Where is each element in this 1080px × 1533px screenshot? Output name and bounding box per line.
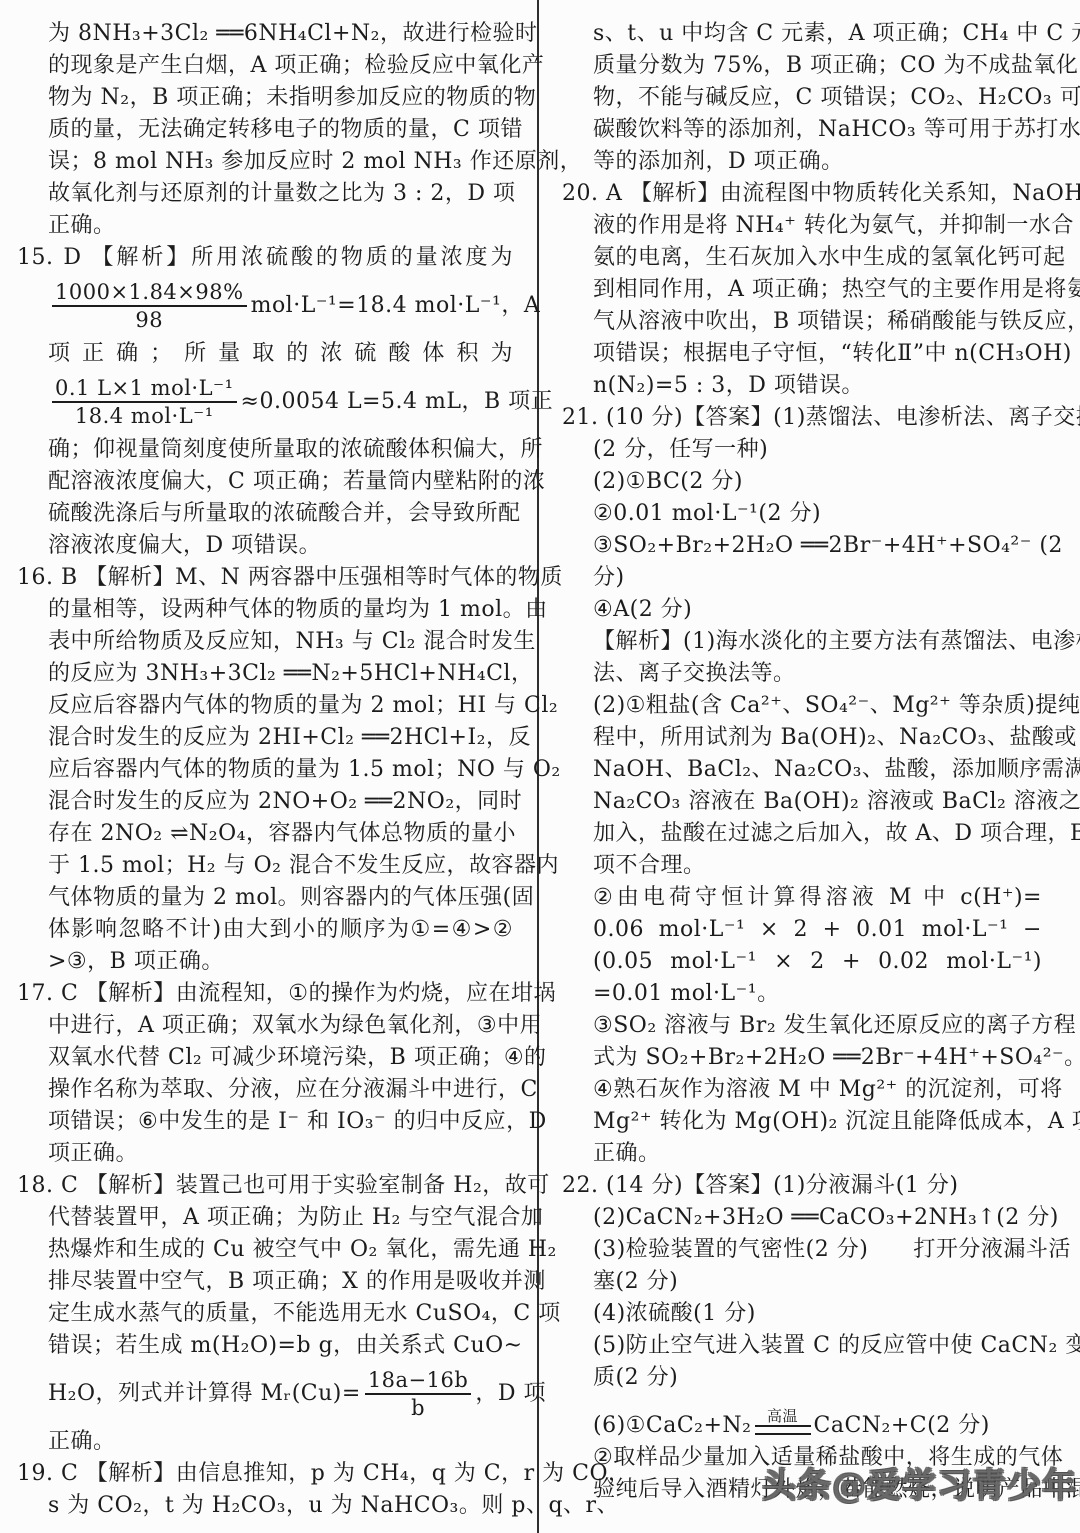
text-segment: mol·L⁻¹=18.4 mol·L⁻¹，A [251, 290, 541, 322]
text-line: 氨的电离，生石灰加入水中生成的氢氧化钙可起 [562, 242, 1042, 274]
fraction: 1000×1.84×98%98 [52, 279, 247, 333]
text-line: 质量分数为 75%，B 项正确；CO 为不成盐氧化 [562, 50, 1042, 82]
text-line: 排尽装置中空气，B 项正确；X 的作用是吸收并测 [17, 1266, 513, 1298]
text-line: Na₂CO₃ 溶液在 Ba(OH)₂ 溶液或 BaCl₂ 溶液之后 [562, 786, 1042, 818]
text-line: s、t、u 中均含 C 元素，A 项正确；CH₄ 中 C 元素的 [562, 18, 1042, 50]
text-segment: (6)①CaC₂+N₂ [593, 1410, 752, 1442]
text-line: 20. A 【解析】由流程图中物质转化关系知，NaOH 溶 [562, 178, 1042, 210]
text-line: 【解析】(1)海水淡化的主要方法有蒸馏法、电渗析 [562, 626, 1042, 658]
text-line: (2)①BC(2 分) [562, 466, 1042, 498]
text-line: 溶液浓度偏大，D 项错误。 [17, 530, 513, 562]
text-line: 分) [562, 562, 1042, 594]
text-line: 故氧化剂与还原剂的计量数之比为 3 : 2，D 项 [17, 178, 513, 210]
answer-sheet-page: 为 8NH₃+3Cl₂ ══6NH₄Cl+N₂，故进行检验时的现象是产生白烟，A… [0, 0, 1080, 1533]
text-line: 的现象是产生白烟，A 项正确；检验反应中氧化产 [17, 50, 513, 82]
text-line: 误；8 mol NH₃ 参加反应时 2 mol NH₃ 作还原剂， [17, 146, 513, 178]
text-line: 等的添加剂，D 项正确。 [562, 146, 1042, 178]
text-line: 项正确；所量取的浓硫酸体积为 [17, 338, 513, 370]
text-line: 确；仰视量筒刻度使所量取的浓硫酸体积偏大，所 [17, 434, 513, 466]
text-line: 混合时发生的反应为 2HI+Cl₂ ══2HCl+I₂，反 [17, 722, 513, 754]
text-line: 热爆炸和生成的 Cu 被空气中 O₂ 氧化，需先通 H₂ [17, 1234, 513, 1266]
text-line: 气从溶液中吹出，B 项错误；稀硝酸能与铁反应，C [562, 306, 1042, 338]
watermark: 头条@爱学习青少年 [762, 1458, 1077, 1507]
text-line: 正确。 [17, 1426, 513, 1458]
text-line: ④熟石灰作为溶液 M 中 Mg²⁺ 的沉淀剂，可将 [562, 1074, 1042, 1106]
text-line: 程中，所用试剂为 Ba(OH)₂、Na₂CO₃、盐酸或 [562, 722, 1042, 754]
text-line: 21. (10 分)【答案】(1)蒸馏法、电渗析法、离子交换法 [562, 402, 1042, 434]
text-line: 代替装置甲，A 项正确；为防止 H₂ 与空气混合加 [17, 1202, 513, 1234]
text-line: (6)①CaC₂+N₂ 高温CaCN₂+C(2 分) [562, 1394, 1042, 1442]
text-line: 项不合理。 [562, 850, 1042, 882]
text-line: ③SO₂ 溶液与 Br₂ 发生氧化还原反应的离子方程 [562, 1010, 1042, 1042]
text-line: 1000×1.84×98%98mol·L⁻¹=18.4 mol·L⁻¹，A [17, 274, 513, 338]
text-line: H₂O，列式并计算得 Mᵣ(Cu)=18a−16bb，D 项 [17, 1362, 513, 1426]
text-line: 操作名称为萃取、分液，应在分液漏斗中进行，C [17, 1074, 513, 1106]
text-line: 为 8NH₃+3Cl₂ ══6NH₄Cl+N₂，故进行检验时 [17, 18, 513, 50]
text-line: 加入，盐酸在过滤之后加入，故 A、D 项合理，B、C [562, 818, 1042, 850]
text-line: 18. C 【解析】装置己也可用于实验室制备 H₂，故可 [17, 1170, 513, 1202]
text-line: =0.01 mol·L⁻¹。 [562, 978, 1042, 1010]
text-line: 应后容器内气体的物质的量为 1.5 mol；NO 与 O₂ [17, 754, 513, 786]
text-line: 到相同作用，A 项正确；热空气的主要作用是将氨 [562, 274, 1042, 306]
text-line: (2)①粗盐(含 Ca²⁺、SO₄²⁻、Mg²⁺ 等杂质)提纯过 [562, 690, 1042, 722]
text-line: s 为 CO₂，t 为 H₂CO₃，u 为 NaHCO₃。则 p、q、r、 [17, 1490, 513, 1522]
text-line: 塞(2 分) [562, 1266, 1042, 1298]
text-line: 16. B 【解析】M、N 两容器中压强相等时气体的物质 [17, 562, 513, 594]
text-line: 气体物质的量为 2 mol。则容器内的气体压强(固 [17, 882, 513, 914]
text-line: 表中所给物质及反应知，NH₃ 与 Cl₂ 混合时发生 [17, 626, 513, 658]
text-line: >③，B 项正确。 [17, 946, 513, 978]
text-line: Mg²⁺ 转化为 Mg(OH)₂ 沉淀且能降低成本，A 项 [562, 1106, 1042, 1138]
text-segment: H₂O，列式并计算得 Mᵣ(Cu)= [48, 1378, 361, 1410]
text-line: 物为 N₂，B 项正确；未指明参加反应的物质的物 [17, 82, 513, 114]
text-segment: ≈0.0054 L=5.4 mL，B 项正 [241, 386, 554, 418]
text-line: 反应后容器内气体的物质的量为 2 mol；HI 与 Cl₂ [17, 690, 513, 722]
text-segment: CaCN₂+C(2 分) [814, 1410, 990, 1442]
text-line: 0.06 mol·L⁻¹ × 2 + 0.01 mol·L⁻¹ − [562, 914, 1042, 946]
text-line: 19. C 【解析】由信息推知，p 为 CH₄，q 为 C，r 为 CO， [17, 1458, 513, 1490]
text-line: 中进行，A 项正确；双氧水为绿色氧化剂，③中用 [17, 1010, 513, 1042]
fraction: 0.1 L×1 mol·L⁻¹18.4 mol·L⁻¹ [52, 375, 237, 429]
text-line: (0.05 mol·L⁻¹ × 2 + 0.02 mol·L⁻¹) [562, 946, 1042, 978]
text-line: (5)防止空气进入装置 C 的反应管中使 CaCN₂ 变 [562, 1330, 1042, 1362]
text-line: (3)检验装置的气密性(2 分) 打开分液漏斗活 [562, 1234, 1042, 1266]
text-line: 正确。 [17, 210, 513, 242]
text-line: 0.1 L×1 mol·L⁻¹18.4 mol·L⁻¹≈0.0054 L=5.4… [17, 370, 513, 434]
text-line: ④A(2 分) [562, 594, 1042, 626]
text-line: 15. D 【解析】所用浓硫酸的物质的量浓度为 [17, 242, 513, 274]
text-line: (2)CaCN₂+3H₂O ══CaCO₃+2NH₃↑(2 分) [562, 1202, 1042, 1234]
text-line: 的反应为 3NH₃+3Cl₂ ══N₂+5HCl+NH₄Cl， [17, 658, 513, 690]
text-line: ②由电荷守恒计算得溶液 M 中 c(H⁺)= [562, 882, 1042, 914]
text-line: (2 分，任写一种) [562, 434, 1042, 466]
fraction: 18a−16bb [365, 1367, 472, 1421]
text-line: 17. C 【解析】由流程知，①的操作为灼烧，应在坩埚 [17, 978, 513, 1010]
text-line: 配溶液浓度偏大，C 项正确；若量筒内壁粘附的浓 [17, 466, 513, 498]
text-line: 物，不能与碱反应，C 项错误；CO₂、H₂CO₃ 可作为 [562, 82, 1042, 114]
text-line: 硫酸洗涤后与所量取的浓硫酸合并，会导致所配 [17, 498, 513, 530]
text-line: 双氧水代替 Cl₂ 可减少环境污染，B 项正确；④的 [17, 1042, 513, 1074]
text-line: 式为 SO₂+Br₂+2H₂O ══2Br⁻+4H⁺+SO₄²⁻。 [562, 1042, 1042, 1074]
text-line: 质(2 分) [562, 1362, 1042, 1394]
text-line: 的量相等，设两种气体的物质的量均为 1 mol。由 [17, 594, 513, 626]
text-line: 22. (14 分)【答案】(1)分液漏斗(1 分) [562, 1170, 1042, 1202]
text-line: 定生成水蒸气的质量，不能选用无水 CuSO₄，C 项 [17, 1298, 513, 1330]
text-line: 正确。 [562, 1138, 1042, 1170]
right-column: s、t、u 中均含 C 元素，A 项正确；CH₄ 中 C 元素的质量分数为 75… [562, 18, 1042, 1506]
text-line: 质的量，无法确定转移电子的物质的量，C 项错 [17, 114, 513, 146]
text-line: 项正确。 [17, 1138, 513, 1170]
text-line: 项错误；⑥中发生的是 I⁻ 和 IO₃⁻ 的归中反应，D [17, 1106, 513, 1138]
text-line: ③SO₂+Br₂+2H₂O ══2Br⁻+4H⁺+SO₄²⁻ (2 [562, 530, 1042, 562]
left-column: 为 8NH₃+3Cl₂ ══6NH₄Cl+N₂，故进行检验时的现象是产生白烟，A… [17, 18, 513, 1522]
text-line: (4)浓硫酸(1 分) [562, 1298, 1042, 1330]
text-segment: ，D 项 [475, 1378, 546, 1410]
text-line: 混合时发生的反应为 2NO+O₂ ══2NO₂，同时 [17, 786, 513, 818]
text-line: 液的作用是将 NH₄⁺ 转化为氨气，并抑制一水合 [562, 210, 1042, 242]
text-line: 体影响忽略不计)由大到小的顺序为①=④>② [17, 914, 513, 946]
text-line: NaOH、BaCl₂、Na₂CO₃、盐酸，添加顺序需满足 [562, 754, 1042, 786]
text-line: 于 1.5 mol；H₂ 与 O₂ 混合不发生反应，故容器内 [17, 850, 513, 882]
reaction-condition: 高温 [755, 1408, 811, 1435]
text-line: 法、离子交换法等。 [562, 658, 1042, 690]
text-line: 存在 2NO₂ ⇌N₂O₄，容器内气体总物质的量小 [17, 818, 513, 850]
text-line: ②0.01 mol·L⁻¹(2 分) [562, 498, 1042, 530]
text-line: 错误；若生成 m(H₂O)=b g，由关系式 CuO~ [17, 1330, 513, 1362]
text-line: n(N₂)=5 : 3，D 项错误。 [562, 370, 1042, 402]
text-line: 碳酸饮料等的添加剂，NaHCO₃ 等可用于苏打水 [562, 114, 1042, 146]
text-line: 项错误；根据电子守恒，“转化Ⅱ”中 n(CH₃OH) : [562, 338, 1042, 370]
